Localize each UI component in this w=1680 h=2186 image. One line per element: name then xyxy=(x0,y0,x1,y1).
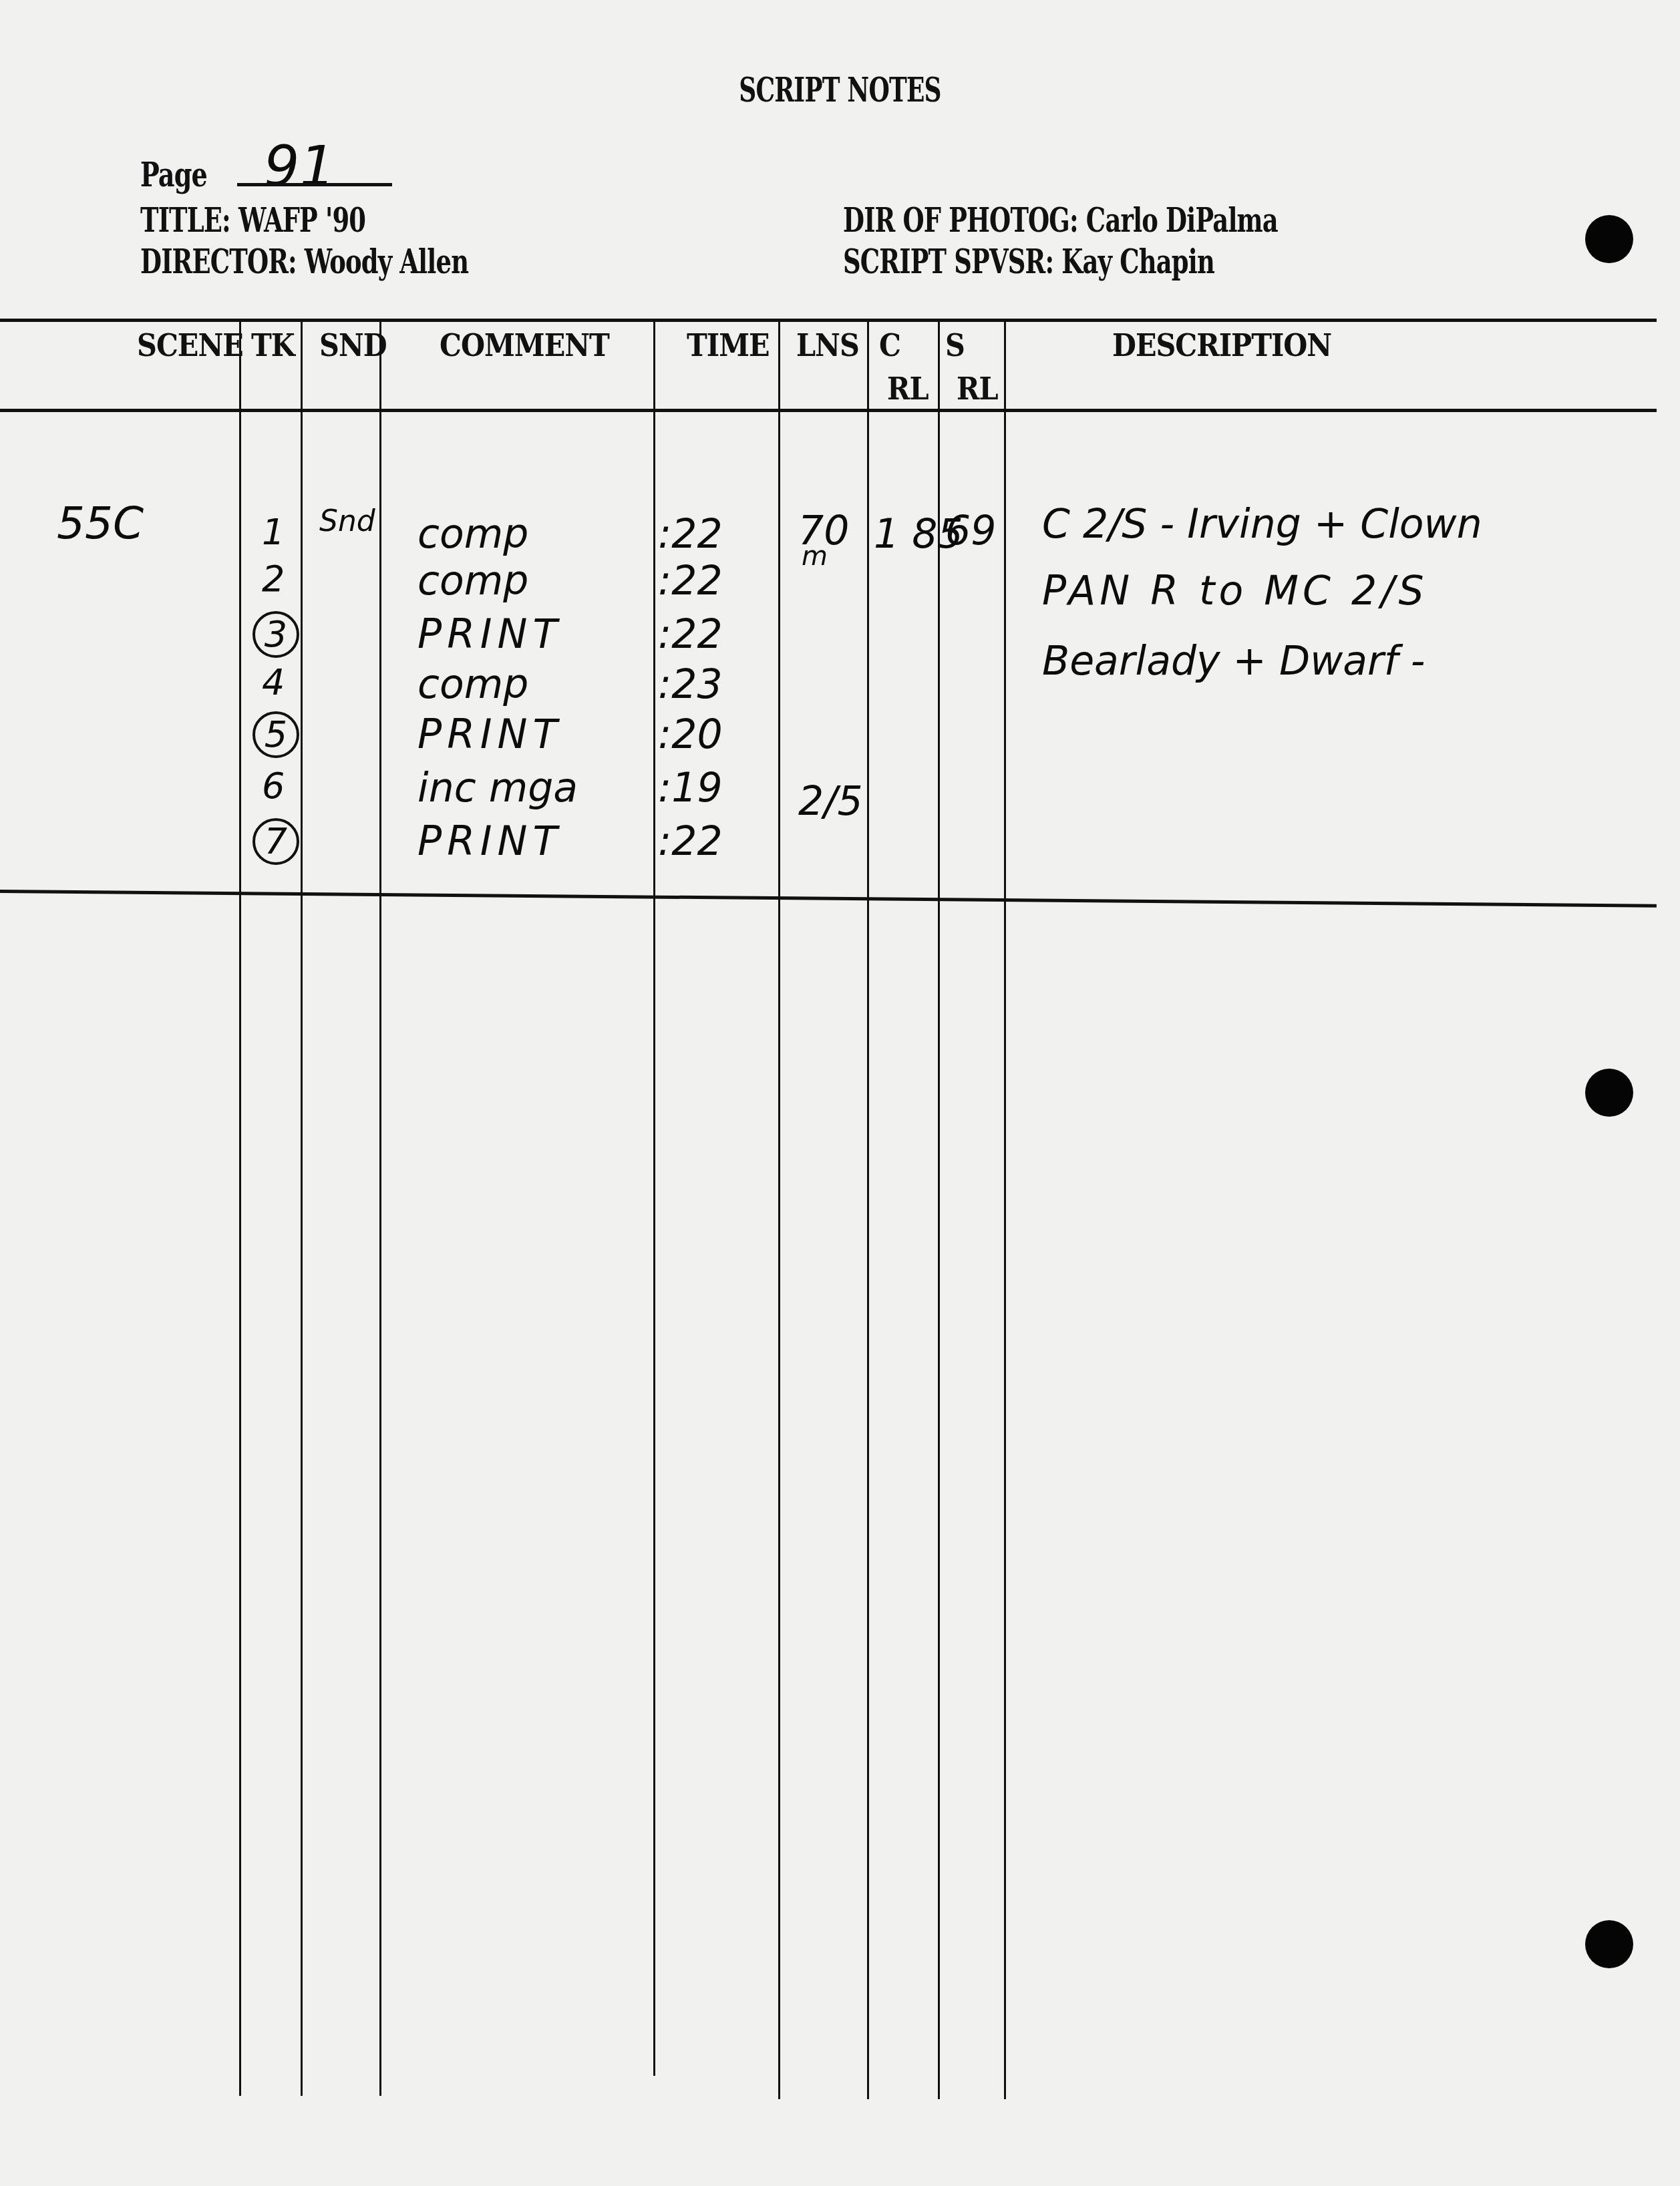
col-divider-snd xyxy=(379,319,381,2096)
dop-label: DIR OF PHOTOG: xyxy=(843,200,1078,240)
take-number: 3 xyxy=(262,611,299,658)
title-value: WAFP '90 xyxy=(238,200,365,240)
col-divider-tk xyxy=(301,319,303,2096)
take-time: :23 xyxy=(658,661,723,708)
header-s-rl: RL xyxy=(957,371,998,407)
title-label: TITLE: xyxy=(140,200,230,240)
header-tk: TK xyxy=(251,327,295,363)
header-c-rl: RL xyxy=(887,371,929,407)
page-number: 91 xyxy=(264,134,335,199)
sound-note: Snd xyxy=(319,504,375,538)
director-field: DIRECTOR: Woody Allen xyxy=(140,242,540,281)
col-divider-time xyxy=(778,319,780,2099)
col-divider-lns xyxy=(867,319,869,2099)
table-entries-rule xyxy=(0,890,1657,908)
document-title: SCRIPT NOTES xyxy=(168,70,1512,110)
take-number: 5 xyxy=(262,711,299,758)
description-line-2: PAN R to MC 2/S xyxy=(1042,568,1427,614)
header-snd: SND xyxy=(319,327,387,363)
take-comment: PRINT xyxy=(417,818,562,865)
header-time: TIME xyxy=(687,327,770,363)
director-label: DIRECTOR: xyxy=(140,242,297,281)
dop-field: DIR OF PHOTOG: Carlo DiPalma xyxy=(843,200,1373,240)
table-header-rule xyxy=(0,409,1657,412)
scene-number: 55C xyxy=(57,498,144,549)
page-label: Page xyxy=(140,155,219,194)
col-divider-scene xyxy=(239,319,241,2096)
supervisor-label: SCRIPT SPVSR: xyxy=(843,242,1053,281)
header-c: C xyxy=(879,327,900,363)
take-time: :22 xyxy=(658,818,723,865)
header-scene: SCENE xyxy=(137,327,243,363)
take-number: 1 xyxy=(262,511,285,553)
description-line-1: C 2/S - Irving + Clown xyxy=(1042,501,1482,548)
header-lns: LNS xyxy=(796,327,859,363)
dop-value: Carlo DiPalma xyxy=(1086,200,1278,240)
header-comment: COMMENT xyxy=(440,327,609,363)
take-time: :22 xyxy=(658,511,723,558)
lns-fraction: 2/5 xyxy=(798,778,863,825)
take-comment: comp xyxy=(417,661,528,708)
col-divider-crl xyxy=(938,319,940,2099)
take-number: 4 xyxy=(262,661,285,703)
lns-mark: m xyxy=(802,541,828,572)
take-number: 6 xyxy=(262,765,285,807)
take-number: 7 xyxy=(262,818,299,865)
director-value: Woody Allen xyxy=(305,242,468,281)
header-s: S xyxy=(945,327,965,363)
take-time: :22 xyxy=(658,611,723,658)
punch-hole-middle xyxy=(1585,1069,1633,1117)
title-field: TITLE: WAFP '90 xyxy=(140,200,415,240)
col-divider-srl xyxy=(1004,319,1006,2099)
supervisor-field: SCRIPT SPVSR: Kay Chapin xyxy=(843,242,1296,281)
take-time: :20 xyxy=(658,711,723,758)
supervisor-value: Kay Chapin xyxy=(1061,242,1214,281)
description-line-3: Bearlady + Dwarf - xyxy=(1042,638,1425,685)
col-divider-comment xyxy=(653,319,655,2076)
table-top-rule xyxy=(0,319,1657,322)
s-rl-value: 69 xyxy=(945,508,996,554)
take-comment: PRINT xyxy=(417,611,562,658)
take-comment: inc mga xyxy=(417,765,578,811)
header-description: DESCRIPTION xyxy=(1112,327,1331,363)
punch-hole-bottom xyxy=(1585,1920,1633,1968)
take-comment: comp xyxy=(417,558,528,604)
take-time: :19 xyxy=(658,765,723,811)
take-comment: PRINT xyxy=(417,711,562,758)
punch-hole-top xyxy=(1585,215,1633,263)
take-number: 2 xyxy=(262,558,285,600)
take-comment: comp xyxy=(417,511,528,558)
take-time: :22 xyxy=(658,558,723,604)
page-number-underline xyxy=(237,183,392,186)
